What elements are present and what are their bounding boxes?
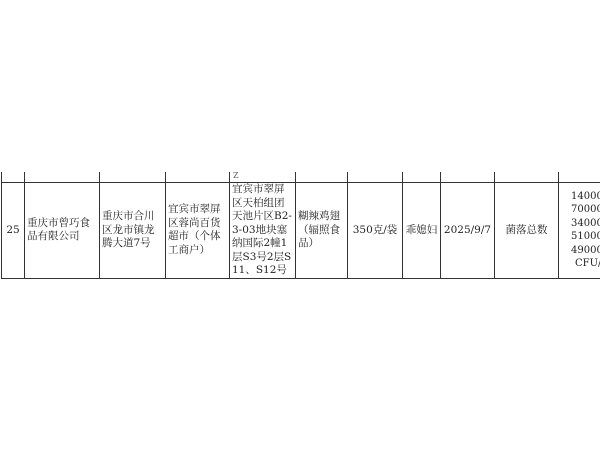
- production-date-cell: 2025/9/7: [441, 183, 495, 279]
- failed-item-cell: 菌落总数: [495, 183, 559, 279]
- table-border-stub: [440, 269, 441, 271]
- table-border-stub: [494, 269, 495, 271]
- sampled-entity-cell: 宜宾市翠屏区蓉尚百货超市（个体工商户）: [166, 183, 230, 279]
- table-border-stub: [229, 269, 230, 271]
- table-border-stub: [494, 172, 495, 182]
- table-row: 25 重庆市曾巧食品有限公司 重庆市合川区龙市镇龙腾大道7号 宜宾市翠屏区蓉尚百…: [2, 183, 600, 279]
- table-border-stub: [295, 172, 296, 182]
- row-index-cell: 25: [2, 183, 25, 279]
- table-border-stub: [99, 172, 100, 182]
- table-border-stub: [1, 269, 2, 271]
- table-border-stub: [165, 269, 166, 271]
- test-result-value: 70000: [561, 203, 600, 217]
- results-table-container: 25 重庆市曾巧食品有限公司 重庆市合川区龙市镇龙腾大道7号 宜宾市翠屏区蓉尚百…: [1, 182, 600, 269]
- table-border-stub: [24, 269, 25, 271]
- sampled-address-cell: 宜宾市翠屏区天柏组团天池片区B2-3-03地块塞纳国际2幢1层S3号2层S11、…: [230, 183, 296, 279]
- table-border-stub: [229, 172, 230, 182]
- table-border-stub: [295, 269, 296, 271]
- product-name-cell: 糊辣鸡翅（辐照食品）: [296, 183, 348, 279]
- table-border-stub: [347, 172, 348, 182]
- table-border-stub: [347, 269, 348, 271]
- carry-over-text-fragment: Z: [233, 172, 239, 180]
- table-border-stub: [24, 172, 25, 182]
- producer-name-cell: 重庆市曾巧食品有限公司: [25, 183, 100, 279]
- table-border-stub: [558, 269, 559, 271]
- results-table: 25 重庆市曾巧食品有限公司 重庆市合川区龙市镇龙腾大道7号 宜宾市翠屏区蓉尚百…: [1, 182, 600, 279]
- table-border-stub: [99, 269, 100, 271]
- table-border-stub: [440, 172, 441, 182]
- test-result-value: 51000: [561, 230, 600, 244]
- test-result-value: 49000: [561, 244, 600, 258]
- table-border-stub: [1, 172, 2, 182]
- test-results-cell: 14000 70000 34000 51000 49000 CFU/: [559, 183, 600, 279]
- test-result-value: 34000: [561, 217, 600, 231]
- test-result-value: 14000: [561, 190, 600, 204]
- table-border-stub: [402, 269, 403, 271]
- producer-address-cell: 重庆市合川区龙市镇龙腾大道7号: [100, 183, 166, 279]
- specification-cell: 350克/袋: [348, 183, 403, 279]
- test-result-unit: CFU/: [561, 257, 600, 271]
- document-page: Z 25 重庆市曾巧食品有限公司 重庆市合川区龙市镇龙腾大道7号 宜宾市翠屏区: [0, 0, 600, 450]
- table-border-stub: [165, 172, 166, 182]
- brand-cell: 乖媳妇: [403, 183, 441, 279]
- table-border-stub: [558, 172, 559, 182]
- table-border-stub: [402, 172, 403, 182]
